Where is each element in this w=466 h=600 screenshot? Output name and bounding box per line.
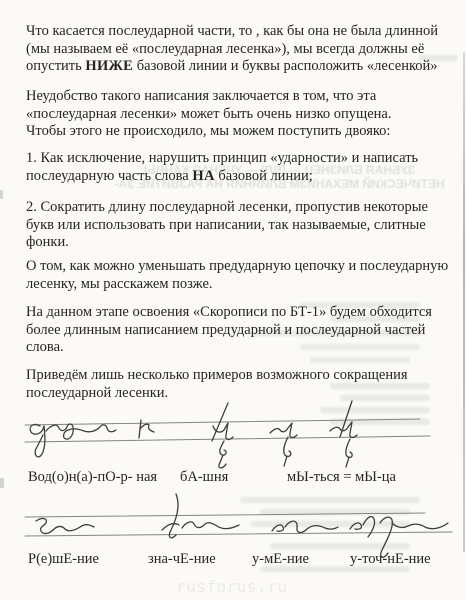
scanned-document-page: ЗУБНАЯ БЛИЗНЕЦ — (ВЛ) — УЧЕНАЯ КАНВЫ НЕТ… — [0, 0, 466, 600]
example-label: зна-чЕ-ние — [148, 551, 216, 568]
shorthand-stroke — [284, 456, 287, 466]
shorthand-stroke — [272, 525, 284, 531]
ruled-line — [25, 513, 425, 517]
example-label: бА-шня — [180, 469, 228, 486]
ruled-line — [25, 419, 420, 425]
shorthand-stroke — [140, 424, 154, 432]
shorthand-stroke — [162, 524, 179, 530]
scan-speck — [0, 478, 4, 488]
paragraph-text: базовой линии; — [215, 168, 313, 184]
shorthand-stroke — [350, 523, 362, 529]
shorthand-stroke — [213, 423, 233, 439]
watermark: rusforus.ru — [176, 577, 287, 596]
shorthand-stroke — [285, 521, 338, 532]
scan-edge — [463, 52, 465, 552]
shorthand-stroke — [36, 519, 94, 534]
shorthand-stroke — [220, 441, 226, 455]
shorthand-stroke — [284, 437, 291, 456]
example-label: Вод(о)н(а)-пО-р- ная — [28, 469, 157, 486]
bleedthrough-smudge — [310, 357, 410, 363]
shorthand-stroke — [270, 423, 297, 437]
paragraph-later: О том, как можно уменьшать предударную ц… — [26, 258, 450, 293]
example-label: у-мЕ-ние — [252, 551, 309, 568]
shorthand-stroke — [363, 517, 375, 537]
paragraph-stage: На данном этапе освоения «Скорописи по Б… — [26, 304, 450, 357]
example-label: у-точ-нЕ-ние — [350, 551, 431, 568]
example-label: Р(е)шЕ-ние — [28, 551, 99, 568]
paragraph-text: базовой линии и буквы расположить «лесен… — [133, 58, 437, 74]
shorthand-stroke — [392, 523, 448, 529]
shorthand-row-1 — [0, 393, 466, 478]
bold-word-na: НА — [192, 168, 214, 184]
shorthand-stroke — [330, 422, 357, 437]
example-label: мЫ-ться = мЫ-ца — [287, 469, 396, 486]
list-item-2: 2. Сократить длину послеударной лесенки,… — [26, 199, 450, 252]
paragraph-intro: Что касается послеударной части, то , ка… — [26, 23, 450, 76]
shorthand-stroke — [30, 425, 45, 457]
ruled-line — [25, 532, 452, 536]
bold-word-nizhe: НИЖЕ — [85, 58, 133, 74]
shorthand-stroke — [346, 439, 352, 457]
scan-speck — [0, 190, 3, 199]
paragraph-inconvenience: Неудобство такого написания заключается … — [26, 88, 450, 141]
shorthand-stroke — [346, 457, 349, 467]
shorthand-stroke — [219, 455, 226, 468]
shorthand-stroke — [46, 424, 116, 439]
shorthand-stroke — [182, 522, 239, 529]
list-item-1: 1. Как исключение, нарушить принцип «уда… — [26, 150, 450, 185]
